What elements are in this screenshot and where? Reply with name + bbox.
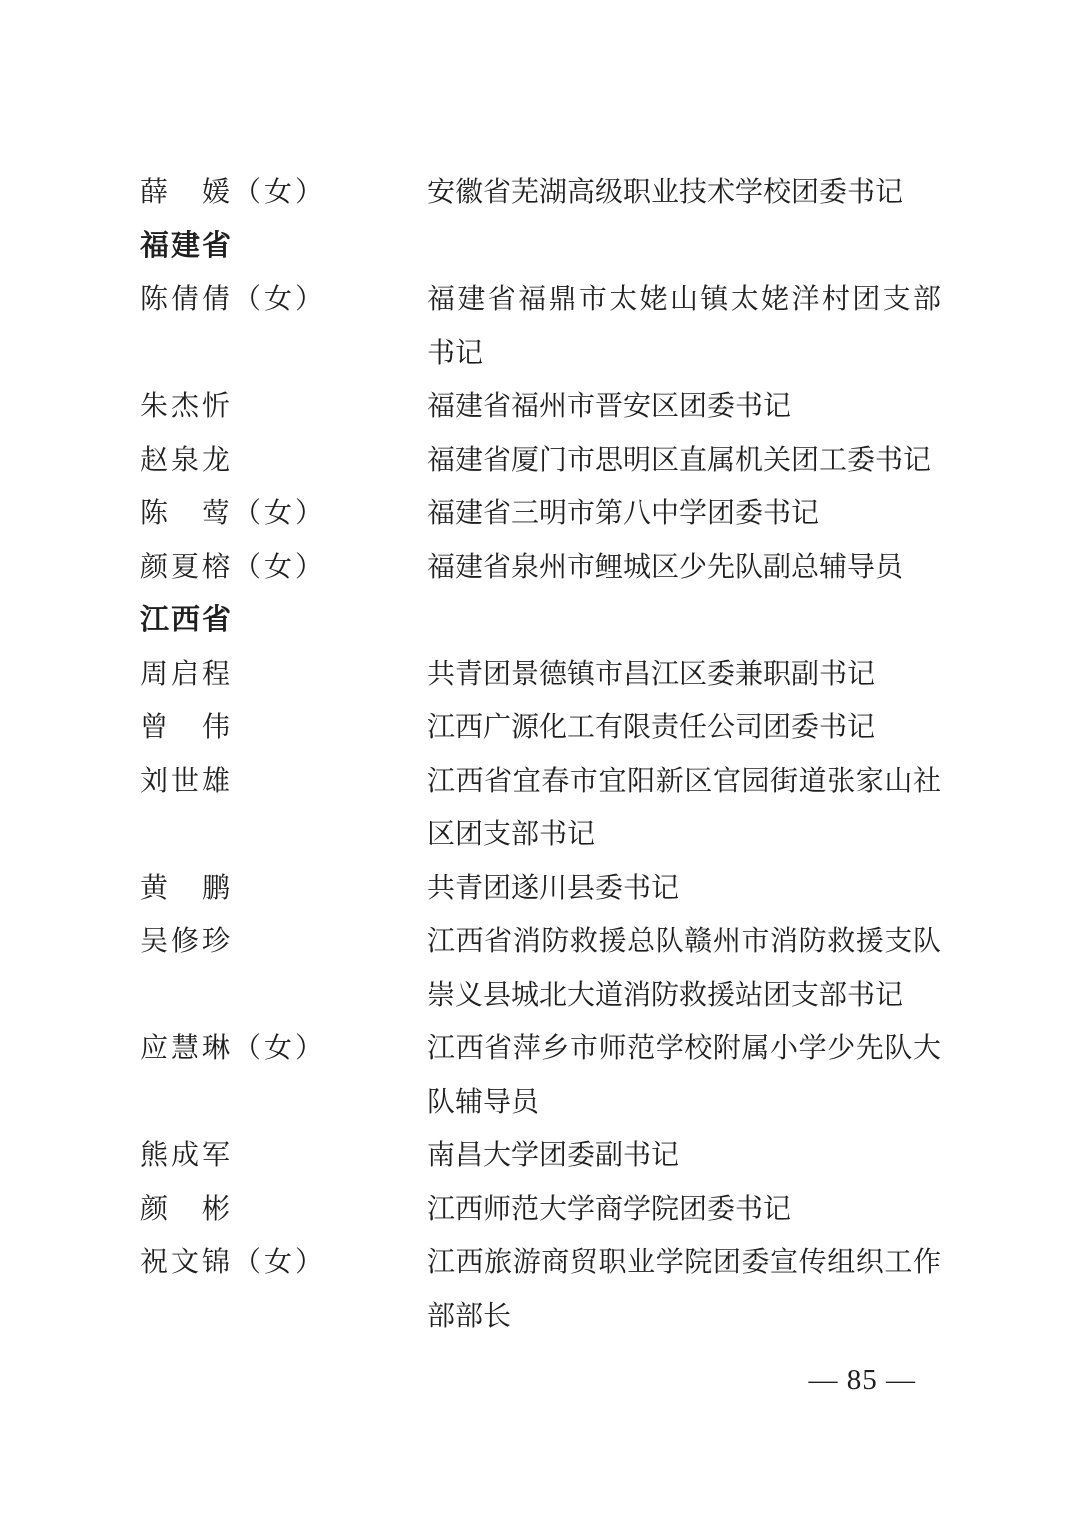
- province-header: 福建省: [140, 220, 941, 274]
- person-position: 江西广源化工有限责任公司团委书记: [427, 701, 941, 755]
- person-name: 黄 鹏: [140, 862, 427, 916]
- person-position: 江西省宜春市宜阳新区官园街道张家山社区团支部书记: [427, 755, 941, 862]
- person-position: 共青团景德镇市昌江区委兼职副书记: [427, 648, 941, 702]
- position-line: 安徽省芜湖高级职业技术学校团委书记: [427, 166, 941, 220]
- person-name: 熊成军: [140, 1129, 427, 1183]
- person-name: 颜 彬: [140, 1183, 427, 1237]
- person-name: 朱杰忻: [140, 380, 427, 434]
- person-name: 陈倩倩（女）: [140, 273, 427, 327]
- person-name: 赵泉龙: [140, 434, 427, 488]
- person-position: 福建省三明市第八中学团委书记: [427, 487, 941, 541]
- position-line: 江西旅游商贸职业学院团委宣传组织工作: [427, 1236, 941, 1290]
- position-line: 共青团遂川县委书记: [427, 862, 941, 916]
- position-line: 书记: [427, 327, 941, 381]
- person-position: 福建省福州市晋安区团委书记: [427, 380, 941, 434]
- person-position: 江西省消防救援总队赣州市消防救援支队崇义县城北大道消防救援站团支部书记: [427, 915, 941, 1022]
- position-line: 福建省泉州市鲤城区少先队副总辅导员: [427, 541, 941, 595]
- person-position: 福建省厦门市思明区直属机关团工委书记: [427, 434, 941, 488]
- position-line: 福建省厦门市思明区直属机关团工委书记: [427, 434, 941, 488]
- person-row: 颜夏榕（女）福建省泉州市鲤城区少先队副总辅导员: [140, 541, 941, 595]
- person-row: 陈倩倩（女）福建省福鼎市太姥山镇太姥洋村团支部书记: [140, 273, 941, 380]
- person-position: 共青团遂川县委书记: [427, 862, 941, 916]
- person-position: 江西旅游商贸职业学院团委宣传组织工作部部长: [427, 1236, 941, 1343]
- person-name: 颜夏榕（女）: [140, 541, 427, 595]
- person-row: 刘世雄江西省宜春市宜阳新区官园街道张家山社区团支部书记: [140, 755, 941, 862]
- person-name: 薛 媛（女）: [140, 166, 427, 220]
- person-name: 曾 伟: [140, 701, 427, 755]
- position-line: 南昌大学团委副书记: [427, 1129, 941, 1183]
- position-line: 区团支部书记: [427, 808, 941, 862]
- person-row: 周启程共青团景德镇市昌江区委兼职副书记: [140, 648, 941, 702]
- position-line: 部部长: [427, 1290, 941, 1344]
- person-name: 周启程: [140, 648, 427, 702]
- person-row: 朱杰忻福建省福州市晋安区团委书记: [140, 380, 941, 434]
- person-position: 南昌大学团委副书记: [427, 1129, 941, 1183]
- document-page: 薛 媛（女）安徽省芜湖高级职业技术学校团委书记福建省陈倩倩（女）福建省福鼎市太姥…: [0, 0, 1080, 1526]
- person-row: 黄 鹏共青团遂川县委书记: [140, 862, 941, 916]
- person-row: 颜 彬江西师范大学商学院团委书记: [140, 1183, 941, 1237]
- person-position: 福建省泉州市鲤城区少先队副总辅导员: [427, 541, 941, 595]
- page-number: — 85 —: [0, 1358, 916, 1402]
- person-row: 应慧琳（女）江西省萍乡市师范学校附属小学少先队大队辅导员: [140, 1022, 941, 1129]
- person-position: 安徽省芜湖高级职业技术学校团委书记: [427, 166, 941, 220]
- person-name: 陈 莺（女）: [140, 487, 427, 541]
- person-row: 曾 伟江西广源化工有限责任公司团委书记: [140, 701, 941, 755]
- position-line: 队辅导员: [427, 1076, 941, 1130]
- person-row: 陈 莺（女）福建省三明市第八中学团委书记: [140, 487, 941, 541]
- person-row: 赵泉龙福建省厦门市思明区直属机关团工委书记: [140, 434, 941, 488]
- person-position: 江西省萍乡市师范学校附属小学少先队大队辅导员: [427, 1022, 941, 1129]
- person-name: 祝文锦（女）: [140, 1236, 427, 1290]
- person-row: 吴修珍江西省消防救援总队赣州市消防救援支队崇义县城北大道消防救援站团支部书记: [140, 915, 941, 1022]
- position-line: 江西省萍乡市师范学校附属小学少先队大: [427, 1022, 941, 1076]
- person-position: 江西师范大学商学院团委书记: [427, 1183, 941, 1237]
- position-line: 崇义县城北大道消防救援站团支部书记: [427, 969, 941, 1023]
- position-line: 福建省福鼎市太姥山镇太姥洋村团支部: [427, 273, 941, 327]
- person-row: 祝文锦（女）江西旅游商贸职业学院团委宣传组织工作部部长: [140, 1236, 941, 1343]
- person-position: 福建省福鼎市太姥山镇太姥洋村团支部书记: [427, 273, 941, 380]
- position-line: 江西师范大学商学院团委书记: [427, 1183, 941, 1237]
- entry-list: 薛 媛（女）安徽省芜湖高级职业技术学校团委书记福建省陈倩倩（女）福建省福鼎市太姥…: [140, 166, 941, 1343]
- position-line: 江西广源化工有限责任公司团委书记: [427, 701, 941, 755]
- person-row: 熊成军南昌大学团委副书记: [140, 1129, 941, 1183]
- province-header: 江西省: [140, 594, 941, 648]
- position-line: 江西省宜春市宜阳新区官园街道张家山社: [427, 755, 941, 809]
- person-row: 薛 媛（女）安徽省芜湖高级职业技术学校团委书记: [140, 166, 941, 220]
- position-line: 江西省消防救援总队赣州市消防救援支队: [427, 915, 941, 969]
- position-line: 共青团景德镇市昌江区委兼职副书记: [427, 648, 941, 702]
- person-name: 刘世雄: [140, 755, 427, 809]
- position-line: 福建省三明市第八中学团委书记: [427, 487, 941, 541]
- person-name: 吴修珍: [140, 915, 427, 969]
- position-line: 福建省福州市晋安区团委书记: [427, 380, 941, 434]
- person-name: 应慧琳（女）: [140, 1022, 427, 1076]
